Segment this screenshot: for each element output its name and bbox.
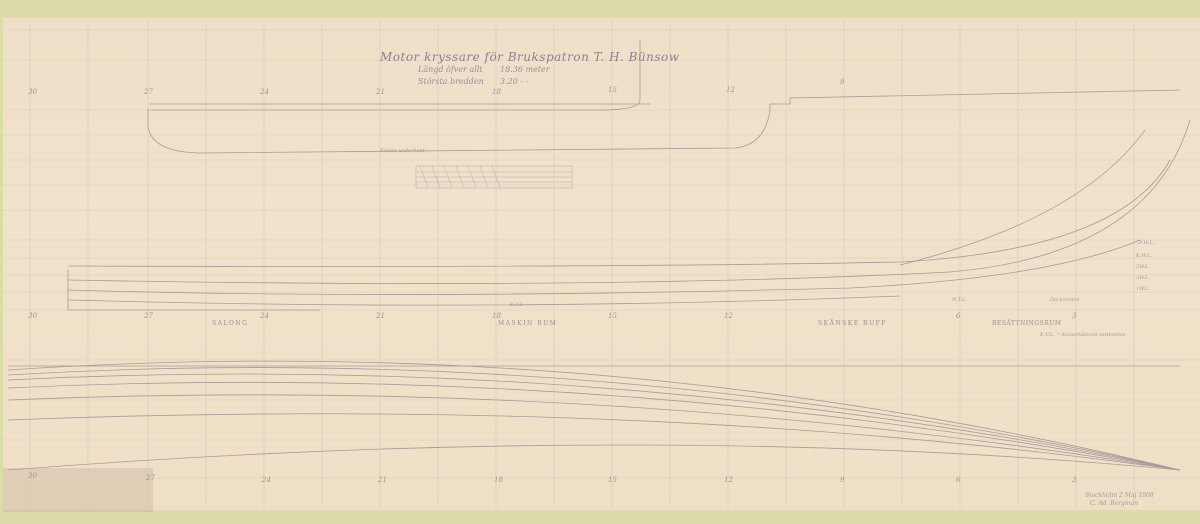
station-top-12: 12 [726, 86, 735, 94]
station-mid-30: 30 [28, 312, 37, 320]
station-top-30: 30 [28, 88, 37, 96]
station-bottom-24: 24 [262, 476, 271, 484]
station-bottom-21: 21 [378, 476, 387, 484]
station-bottom-12: 12 [724, 476, 733, 484]
compartment-besattningsrum: BESÄTTNINGSRUM [992, 320, 1062, 327]
station-mid-21: 21 [376, 312, 385, 320]
station-bottom-3: 3 [1072, 476, 1076, 484]
waterline-label-4: 3W.L. [1136, 275, 1150, 281]
station-mid-15: 15 [608, 312, 617, 320]
station-top-15: 15 [608, 86, 617, 94]
station-top-18: 18 [492, 88, 501, 96]
waterline-label-2: K.W.L. [1136, 253, 1152, 259]
station-bottom-15: 15 [608, 476, 617, 484]
spec-length-label: Längd öfver allt [418, 65, 483, 74]
waterline-label-5: 1W.L. [1136, 286, 1150, 292]
station-mid-3: 3 [1072, 312, 1076, 320]
ntl-label: N.T.L. [952, 297, 967, 303]
lines-plan-drawing [0, 0, 1200, 524]
station-top-27: 27 [144, 88, 153, 96]
deck-line-label: Däckslinien [1050, 297, 1080, 303]
station-mid-12: 12 [724, 312, 733, 320]
station-mid-18: 18 [492, 312, 501, 320]
waterline-label-1: D.W.L. [1138, 240, 1154, 246]
compartment-salong: SALONG [212, 320, 248, 327]
station-bottom-27: 27 [146, 474, 155, 482]
station-mid-24: 24 [260, 312, 269, 320]
station-top-24: 24 [260, 88, 269, 96]
drawing-title: Motor kryssare för Brukspatron T. H. Bün… [380, 50, 680, 64]
spec-beam-label: Största bredden [418, 77, 484, 86]
spec-beam-value: 3.20 - - [500, 77, 528, 86]
signature-date: Stockholm 2 Maj 1908 [1085, 492, 1154, 499]
waterline-label-3: 2W.L. [1136, 264, 1150, 270]
kvl-label: K.V.L. [510, 302, 525, 308]
station-bottom-18: 18 [494, 476, 503, 484]
station-bottom-30: 30 [28, 472, 37, 480]
station-mid-27: 27 [144, 312, 153, 320]
signature-name: C. Ad. Bergman [1090, 500, 1138, 507]
compartment-ruff: SKÅNSKE RUFF [818, 320, 887, 327]
keel-label: Kölens underkant [380, 148, 425, 154]
spec-length-value: 18.36 meter [500, 65, 550, 74]
station-top-21: 21 [376, 88, 385, 96]
station-bottom-9: 9 [840, 476, 844, 484]
station-bottom-6: 6 [956, 476, 960, 484]
station-top-9: 9 [840, 78, 844, 86]
compartment-maskinrum: MASKIN RUM [498, 320, 557, 327]
kvl-note: K.V.L. = Konstruktions vattenlinie [1040, 332, 1126, 338]
station-mid-6: 6 [956, 312, 960, 320]
